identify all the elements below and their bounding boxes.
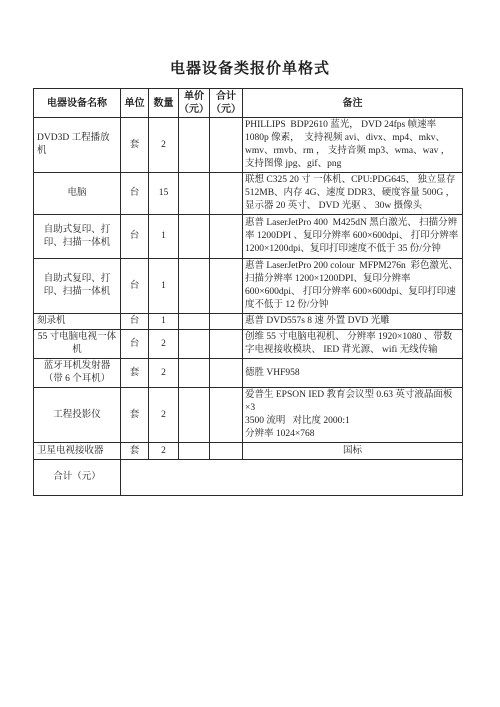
qty-value: 2 (149, 443, 179, 460)
total-label: 合计（元） (34, 460, 121, 496)
device-name: 自助式复印、打印、扫描一体机 (34, 259, 121, 314)
unit-value: 台 (121, 330, 149, 359)
qty-value: 1 (149, 314, 179, 330)
total-cell (210, 388, 243, 443)
unit-value: 套 (121, 118, 149, 173)
qty-value: 15 (149, 173, 179, 215)
total-value-cell (121, 460, 463, 496)
qty-value: 1 (149, 259, 179, 314)
unit-value: 台 (121, 173, 149, 215)
device-name: 刻录机 (34, 314, 121, 330)
col-header-unit-price: 单价 （元） (179, 89, 210, 118)
remark-value: 惠普 LaserJetPro 400 M425dN 黑白激光、 扫描分辨率 12… (243, 215, 463, 259)
col-header-unit: 单位 (121, 89, 149, 118)
total-cell (210, 215, 243, 259)
table-row: DVD3D 工程播放机 套 2 PHILLIPS BDP2610 蓝光， DVD… (34, 118, 463, 173)
unit-value: 台 (121, 314, 149, 330)
quotation-table: 电器设备名称 单位 数量 单价 （元） 合计 （元） 备注 DVD3D 工程播放… (33, 88, 463, 496)
col-header-remark: 备注 (243, 89, 463, 118)
total-row: 合计（元） (34, 460, 463, 496)
col-header-qty: 数量 (149, 89, 179, 118)
remark-value: 惠普 LaserJetPro 200 colour MFPM276n 彩色激光、… (243, 259, 463, 314)
table-row: 刻录机 台 1 惠普 DVD557s 8 速 外置 DVD 光雕 (34, 314, 463, 330)
unit-price-cell (179, 259, 210, 314)
table-row: 自助式复印、打印、扫描一体机 台 1 惠普 LaserJetPro 200 co… (34, 259, 463, 314)
table-row: 电脑 台 15 联想 C325 20 寸 一体机、CPU:PDG645、 独立显… (34, 173, 463, 215)
remark-value: 创维 55 寸电脑电视机、 分辨率 1920×1080 、带数字电视接收模块、 … (243, 330, 463, 359)
unit-price-cell (179, 215, 210, 259)
col-header-total-line2: （元） (210, 103, 242, 116)
remark-value: 国标 (243, 443, 463, 460)
document-page: 电器设备类报价单格式 电器设备名称 单位 数量 单价 （元） 合计 （元） (0, 0, 500, 707)
unit-price-cell (179, 118, 210, 173)
total-cell (210, 443, 243, 460)
unit-price-cell (179, 173, 210, 215)
device-name: 55 寸电脑电视一体机 (34, 330, 121, 359)
page-title: 电器设备类报价单格式 (0, 57, 500, 78)
device-name: 蓝牙耳机发射器（带 6 个耳机） (34, 359, 121, 388)
unit-value: 套 (121, 388, 149, 443)
device-name: 工程投影仪 (34, 388, 121, 443)
table-row: 工程投影仪 套 2 爱普生 EPSON IED 教育会议型 0.63 英寸液晶面… (34, 388, 463, 443)
total-cell (210, 259, 243, 314)
remark-value: PHILLIPS BDP2610 蓝光， DVD 24fps 帧速率 1080p… (243, 118, 463, 173)
col-header-total-line1: 合计 (210, 90, 242, 103)
table-row: 自助式复印、打印、扫描一体机 台 1 惠普 LaserJetPro 400 M4… (34, 215, 463, 259)
table-row: 卫星电视接收器 套 2 国标 (34, 443, 463, 460)
qty-value: 2 (149, 330, 179, 359)
col-header-device-name: 电器设备名称 (34, 89, 121, 118)
device-name: 自助式复印、打印、扫描一体机 (34, 215, 121, 259)
total-cell (210, 118, 243, 173)
col-header-unit-price-line1: 单价 (179, 90, 209, 103)
unit-value: 套 (121, 443, 149, 460)
unit-price-cell (179, 443, 210, 460)
unit-value: 套 (121, 359, 149, 388)
header-row: 电器设备名称 单位 数量 单价 （元） 合计 （元） 备注 (34, 89, 463, 118)
qty-value: 1 (149, 215, 179, 259)
unit-value: 台 (121, 215, 149, 259)
unit-price-cell (179, 388, 210, 443)
col-header-total: 合计 （元） (210, 89, 243, 118)
qty-value: 2 (149, 359, 179, 388)
unit-price-cell (179, 359, 210, 388)
remark-value: 德胜 VHF958 (243, 359, 463, 388)
table-row: 55 寸电脑电视一体机 台 2 创维 55 寸电脑电视机、 分辨率 1920×1… (34, 330, 463, 359)
unit-price-cell (179, 314, 210, 330)
total-cell (210, 330, 243, 359)
col-header-unit-price-line2: （元） (179, 103, 209, 116)
remark-value: 惠普 DVD557s 8 速 外置 DVD 光雕 (243, 314, 463, 330)
device-name: DVD3D 工程播放机 (34, 118, 121, 173)
device-name: 电脑 (34, 173, 121, 215)
unit-value: 台 (121, 259, 149, 314)
qty-value: 2 (149, 388, 179, 443)
total-cell (210, 359, 243, 388)
remark-value: 爱普生 EPSON IED 教育会议型 0.63 英寸液晶面板×3 3500 流… (243, 388, 463, 443)
total-cell (210, 314, 243, 330)
total-cell (210, 173, 243, 215)
table-row: 蓝牙耳机发射器（带 6 个耳机） 套 2 德胜 VHF958 (34, 359, 463, 388)
device-name: 卫星电视接收器 (34, 443, 121, 460)
unit-price-cell (179, 330, 210, 359)
remark-value: 联想 C325 20 寸 一体机、CPU:PDG645、 独立显存 512MB、… (243, 173, 463, 215)
qty-value: 2 (149, 118, 179, 173)
